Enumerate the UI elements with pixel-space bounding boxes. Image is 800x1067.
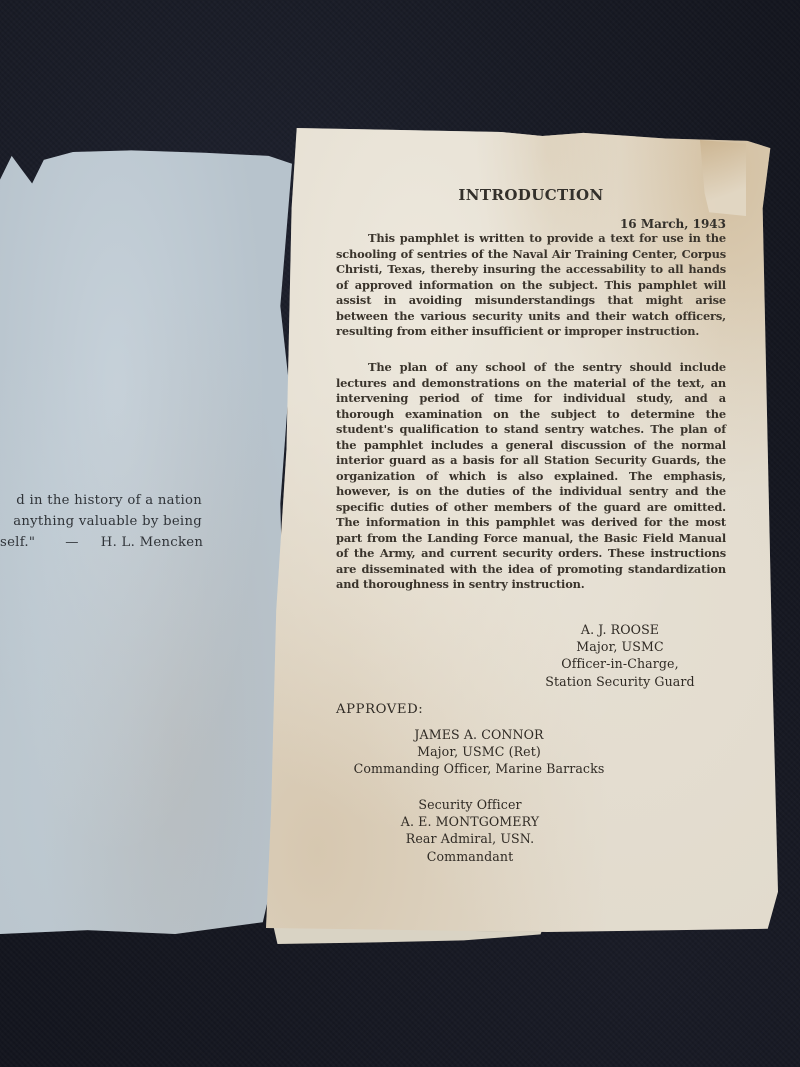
- approved-label: APPROVED:: [336, 702, 423, 717]
- paragraph-1: This pamphlet is written to provide a te…: [336, 231, 726, 340]
- signature-rank: Major, USMC (Ret): [334, 743, 624, 760]
- quote-line-1: d in the history of a nation: [0, 493, 202, 508]
- signature-roose: A. J. ROOSE Major, USMC Officer-in-Charg…: [530, 621, 710, 690]
- signature-title: Commandant: [370, 848, 570, 865]
- signature-name: A. E. MONTGOMERY: [370, 813, 570, 830]
- signature-title: Commanding Officer, Marine Barracks: [334, 760, 624, 777]
- signature-unit: Station Security Guard: [530, 673, 710, 690]
- signature-connor: JAMES A. CONNOR Major, USMC (Ret) Comman…: [334, 726, 624, 778]
- signature-name: A. J. ROOSE: [530, 621, 710, 638]
- signature-rank: Major, USMC: [530, 638, 710, 655]
- signature-rank: Rear Admiral, USN.: [370, 830, 570, 847]
- paragraph-2-text: The plan of any school of the sentry sho…: [336, 360, 726, 593]
- quote-attribution: H. L. Mencken: [101, 535, 203, 550]
- paragraph-2: The plan of any school of the sentry sho…: [336, 360, 726, 593]
- signature-montgomery: Security Officer A. E. MONTGOMERY Rear A…: [370, 796, 570, 865]
- quote-end: self.": [0, 535, 35, 550]
- paragraph-1-text: This pamphlet is written to provide a te…: [336, 231, 726, 340]
- quote-line-3: self."—H. L. Mencken: [0, 535, 202, 550]
- signature-role: Security Officer: [370, 796, 570, 813]
- quote-line-2: anything valuable by being: [0, 514, 202, 529]
- quote-dash: —: [65, 535, 79, 550]
- date: 16 March, 1943: [620, 217, 726, 231]
- left-cover-page: d in the history of a nation anything va…: [0, 148, 292, 938]
- signature-name: JAMES A. CONNOR: [334, 726, 624, 743]
- signature-title: Officer-in-Charge,: [530, 655, 710, 672]
- page-title: INTRODUCTION: [336, 186, 726, 204]
